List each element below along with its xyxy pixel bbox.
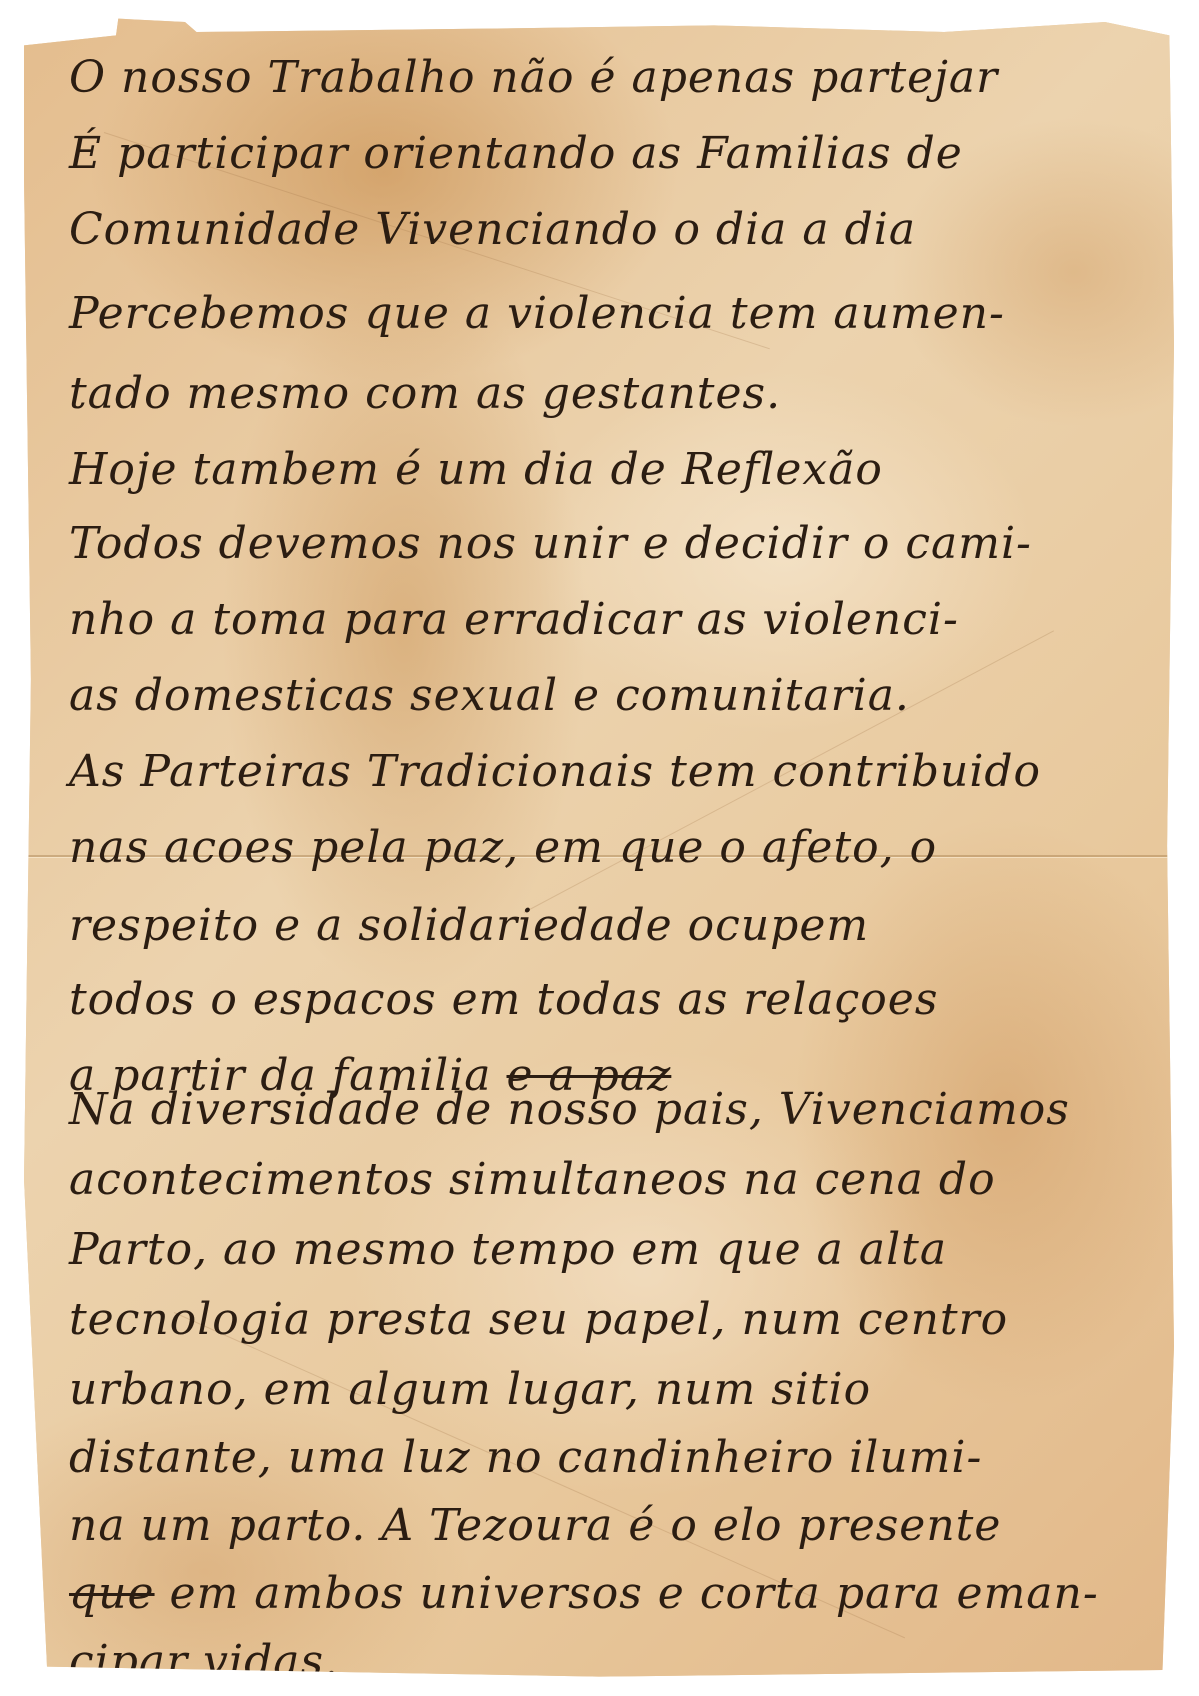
text-line-8: nho a toma para erradicar as violenci- bbox=[69, 598, 959, 642]
text-line-21: na um parto. A Tezoura é o elo presente bbox=[69, 1504, 1001, 1548]
text-line-23: cipar vidas. bbox=[69, 1640, 339, 1684]
text-line-15: Na diversidade de nosso pais, Vivenciamo… bbox=[69, 1088, 1070, 1132]
text-line-18: tecnologia presta seu papel, num centro bbox=[69, 1298, 1008, 1342]
text-line-22-main: em ambos universos e corta para eman- bbox=[170, 1568, 1099, 1619]
text-line-22: que em ambos universos e corta para eman… bbox=[69, 1572, 1099, 1616]
text-line-13: todos o espacos em todas as relaçoes bbox=[69, 978, 938, 1022]
text-line-5: tado mesmo com as gestantes. bbox=[69, 372, 781, 416]
text-line-7: Todos devemos nos unir e decidir o cami- bbox=[69, 522, 1032, 566]
text-line-12: respeito e a solidariedade ocupem bbox=[69, 904, 869, 948]
text-line-11: nas acoes pela paz, em que o afeto, o bbox=[69, 826, 937, 870]
text-line-9: as domesticas sexual e comunitaria. bbox=[69, 674, 910, 718]
letter-paper: O nosso Trabalho não é apenas partejar É… bbox=[24, 12, 1174, 1680]
text-line-4: Percebemos que a violencia tem aumen- bbox=[69, 292, 1005, 336]
text-line-1: O nosso Trabalho não é apenas partejar bbox=[69, 56, 998, 100]
text-line-3: Comunidade Vivenciando o dia a dia bbox=[69, 208, 916, 252]
text-line-6: Hoje tambem é um dia de Reflexão bbox=[69, 448, 883, 492]
text-line-16: acontecimentos simultaneos na cena do bbox=[69, 1158, 996, 1202]
text-line-20: distante, uma luz no candinheiro ilumi- bbox=[69, 1436, 982, 1480]
struck-out-text: que bbox=[69, 1568, 155, 1619]
text-line-17: Parto, ao mesmo tempo em que a alta bbox=[69, 1228, 947, 1272]
text-line-19: urbano, em algum lugar, num sitio bbox=[69, 1368, 871, 1412]
text-line-10: As Parteiras Tradicionais tem contribuid… bbox=[69, 750, 1041, 794]
text-line-2: É participar orientando as Familias de bbox=[69, 132, 963, 176]
